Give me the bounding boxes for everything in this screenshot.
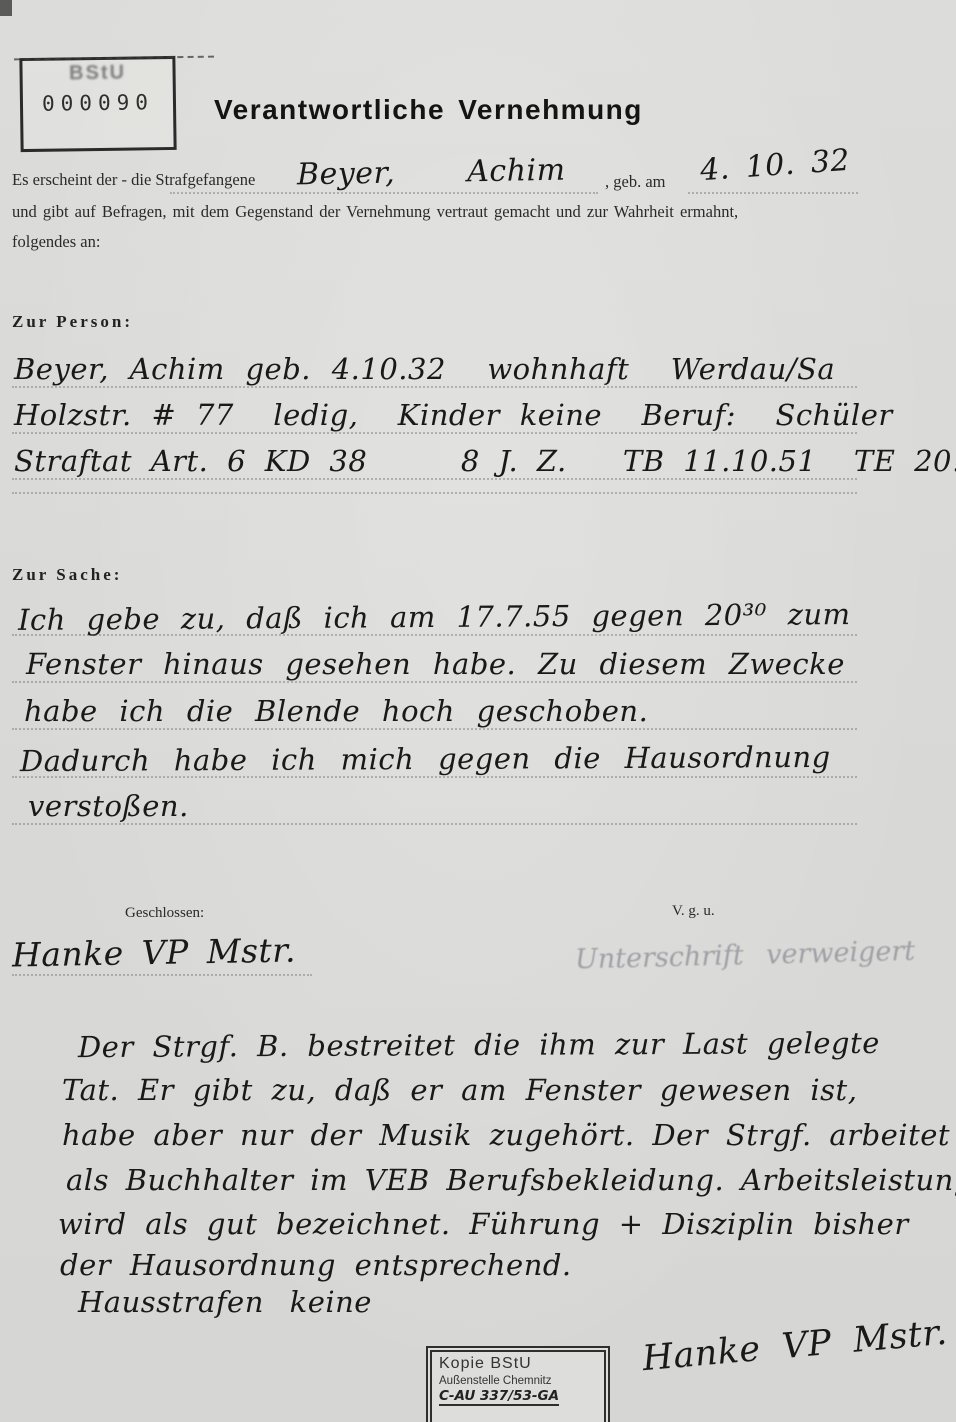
intro-line2: und gibt auf Befragen, mit dem Gegenstan… — [12, 202, 738, 222]
vgu-label: V. g. u. — [672, 903, 715, 920]
birthdate-handwritten: 4. 10. 32 — [699, 143, 851, 188]
sache-line-2: Fenster hinaus gesehen habe. Zu diesem Z… — [26, 647, 845, 681]
bstu-stamp-agency: BStU — [22, 61, 172, 86]
ruled-line — [688, 192, 858, 194]
ruled-line — [12, 728, 857, 730]
person-line-1: Beyer, Achim geb. 4.10.32 wohnhaft Werda… — [14, 352, 835, 386]
officer-signature-bottom: Hanke VP Mstr. — [641, 1313, 949, 1380]
ruled-line — [12, 492, 857, 494]
ruled-line — [12, 386, 857, 388]
ruled-line — [12, 478, 857, 480]
ruled-line — [12, 974, 312, 976]
assessment-line-1: Der Strgf. B. bestreitet die ihm zur Las… — [78, 1026, 880, 1064]
assessment-line-2: Tat. Er gibt zu, daß er am Fenster gewes… — [62, 1073, 857, 1107]
bstu-archive-stamp: BStU 000090 — [19, 56, 176, 152]
intro-line3: folgendes an: — [12, 232, 100, 252]
sache-line-4: Dadurch habe ich mich gegen die Hausordn… — [20, 740, 831, 778]
sache-line-1: Ich gebe zu, daß ich am 17.7.55 gegen 20… — [18, 597, 851, 637]
prisoner-name-handwritten: Beyer, Achim — [297, 153, 566, 193]
ruled-line — [12, 634, 857, 636]
copy-stamp-reference: C-AU 337/53-GA — [439, 1388, 559, 1406]
ruled-line — [12, 776, 857, 778]
section-heading-sache: Zur Sache: — [12, 565, 122, 585]
bstu-stamp-number: 000090 — [23, 90, 173, 116]
document-title: Verantwortliche Vernehmung — [214, 94, 643, 126]
scan-corner-artifact — [0, 0, 12, 16]
assessment-line-7: Hausstrafen keine — [78, 1285, 372, 1319]
born-on-label: , geb. am — [605, 172, 665, 192]
assessment-line-6: der Hausordnung entsprechend. — [60, 1248, 572, 1282]
ruled-line — [12, 681, 857, 683]
assessment-line-4: als Buchhalter im VEB Berufsbekleidung. … — [66, 1163, 956, 1197]
person-line-2: Holzstr. # 77 ledig, Kinder keine Beruf:… — [14, 398, 893, 432]
sache-line-5: verstoßen. — [28, 789, 189, 823]
ruled-line — [12, 432, 857, 434]
ruled-line — [12, 823, 857, 825]
sache-line-3: habe ich die Blende hoch geschoben. — [24, 694, 648, 728]
signature-refused-note: Unterschrift verweigert — [575, 936, 916, 976]
scanned-interrogation-document: BStU 000090 Verantwortliche Vernehmung E… — [0, 0, 956, 1422]
geschlossen-label: Geschlossen: — [125, 905, 204, 922]
kopie-bstu-stamp: Kopie BStU Außenstelle Chemnitz C-AU 337… — [426, 1346, 610, 1422]
ruled-line — [170, 192, 598, 194]
copy-stamp-line2: Außenstelle Chemnitz — [439, 1375, 597, 1387]
appears-label: Es erscheint der - die Strafgefangene — [12, 170, 255, 190]
assessment-line-3: habe aber nur der Musik zugehört. Der St… — [62, 1118, 950, 1152]
person-line-3: Straftat Art. 6 KD 38 8 J. Z. TB 11.10.5… — [14, 444, 956, 478]
section-heading-person: Zur Person: — [12, 312, 133, 332]
assessment-line-5: wird als gut bezeichnet. Führung + Diszi… — [58, 1207, 909, 1241]
officer-signature-left: Hanke VP Mstr. — [12, 931, 297, 975]
copy-stamp-line1: Kopie BStU — [439, 1355, 597, 1373]
